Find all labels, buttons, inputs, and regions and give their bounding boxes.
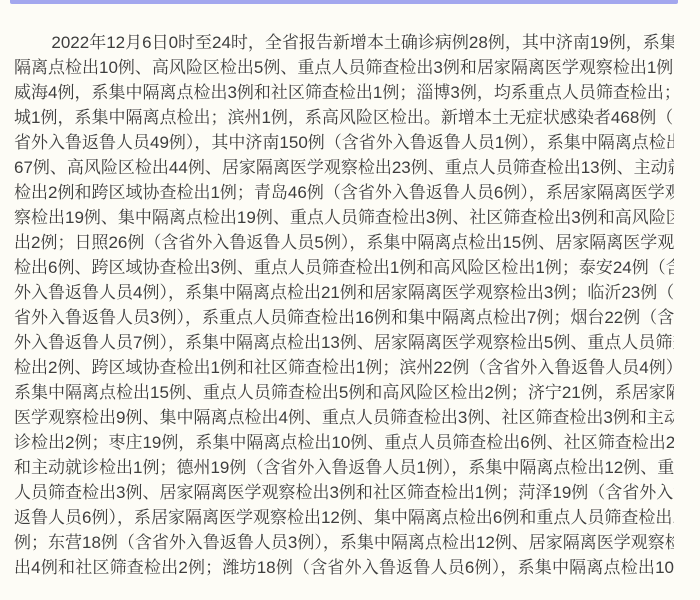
report-line: 检出2例、跨区域协查检出1例和社区筛查检出1例；滨州22例（含省外入鲁返鲁人员4…: [14, 355, 674, 380]
report-line: 检出6例、跨区域协查检出3例、重点人员筛查检出1例和高风险区检出1例；泰安24例…: [14, 255, 674, 280]
report-line: 诊检出2例；枣庄19例，系集中隔离点检出10例、重点人员筛查检出6例、社区筛查检…: [14, 430, 674, 455]
report-line: 省外入鲁返鲁人员49例），其中济南150例（含省外入鲁返鲁人员1例），系集中隔离…: [14, 130, 674, 155]
report-line: 省外入鲁返鲁人员3例），系重点人员筛查检出16例和集中隔离点检出7例；烟台22例…: [14, 305, 674, 330]
report-paragraph: 2022年12月6日0时至24时，全省报告新增本土确诊病例28例，其中济南19例…: [14, 30, 674, 580]
report-line: 出2例；日照26例（含省外入鲁返鲁人员5例），系集中隔离点检出15例、居家隔离医…: [14, 230, 674, 255]
report-line: 出4例和社区筛查检出2例；潍坊18例（含省外入鲁返鲁人员6例），系集中隔离点检出…: [14, 555, 674, 580]
report-line: 返鲁人员6例），系居家隔离医学观察检出12例、集中隔离点检出6例和重点人员筛查检…: [14, 505, 674, 530]
report-line: 例；东营18例（含省外入鲁返鲁人员3例），系集中隔离点检出12例、居家隔离医学观…: [14, 530, 674, 555]
report-line: 医学观察检出9例、集中隔离点检出4例、重点人员筛查检出3例、社区筛查检出3例和主…: [14, 405, 674, 430]
report-page: 2022年12月6日0时至24时，全省报告新增本土确诊病例28例，其中济南19例…: [0, 0, 700, 600]
report-line: 检出2例和跨区域协查检出1例；青岛46例（含省外入鲁返鲁人员6例），系居家隔离医…: [14, 180, 674, 205]
report-line: 隔离点检出10例、高风险区检出5例、重点人员筛查检出3例和居家隔离医学观察检出1…: [14, 55, 674, 80]
report-line: 察检出19例、集中隔离点检出19例、重点人员筛查检出3例、社区筛查检出3例和高风…: [14, 205, 674, 230]
report-line: 城1例，系集中隔离点检出；滨州1例，系高风险区检出。新增本土无症状感染者468例…: [14, 105, 674, 130]
report-line: 威海4例，系集中隔离点检出3例和社区筛查检出1例；淄博3例，均系重点人员筛查检出…: [14, 80, 674, 105]
report-line: 和主动就诊检出1例；德州19例（含省外入鲁返鲁人员1例），系集中隔离点检出12例…: [14, 455, 674, 480]
report-line: 系集中隔离点检出15例、重点人员筛查检出5例和高风险区检出2例；济宁21例，系居…: [14, 380, 674, 405]
report-line: 2022年12月6日0时至24时，全省报告新增本土确诊病例28例，其中济南19例…: [14, 30, 674, 55]
top-accent-bar: [10, 0, 678, 4]
report-line: 外入鲁返鲁人员7例），系集中隔离点检出13例、居家隔离医学观察检出5例、重点人员…: [14, 330, 674, 355]
report-line: 67例、高风险区检出44例、居家隔离医学观察检出23例、重点人员筛查检出13例、…: [14, 155, 674, 180]
report-line: 外入鲁返鲁人员4例），系集中隔离点检出21例和居家隔离医学观察检出3例；临沂23…: [14, 280, 674, 305]
report-line: 人员筛查检出3例、居家隔离医学观察检出3例和社区筛查检出1例；菏泽19例（含省外…: [14, 480, 674, 505]
